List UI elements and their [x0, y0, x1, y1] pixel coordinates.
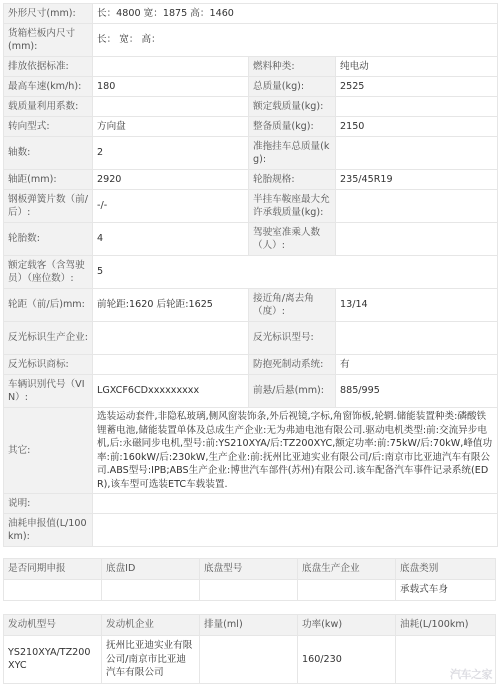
- chassis-header-row: 是否同期申报 底盘ID 底盘型号 底盘生产企业 底盘类别: [4, 559, 496, 580]
- engine-header-consumption: 油耗(L/100km): [396, 615, 496, 636]
- spec-label: 轮胎数:: [4, 223, 93, 256]
- spec-label: 总质量(kg):: [249, 77, 336, 97]
- spec-value: 长： 宽： 高：: [93, 24, 498, 57]
- spec-table: 外形尺寸(mm):长：4800 宽：1875 高：1460货箱栏板内尺寸(mm)…: [3, 3, 498, 547]
- spec-value: 2150: [336, 117, 498, 137]
- spec-row: 轮胎数:4驾驶室准乘人数（人）:: [4, 223, 498, 256]
- watermark-logo: 汽车之家: [450, 666, 492, 682]
- spec-label: 驾驶室准乘人数（人）:: [249, 223, 336, 256]
- spec-label: 半挂车鞍座最大允许承载质量(kg):: [249, 190, 336, 223]
- spec-label: 货箱栏板内尺寸(mm):: [4, 24, 93, 57]
- spec-label: 准拖挂车总质量(kg):: [249, 137, 336, 170]
- spec-value: 235/45R19: [336, 170, 498, 190]
- spec-value: [336, 322, 498, 355]
- spec-label: 额定载客（含驾驶员）（座位数）:: [4, 256, 93, 289]
- spec-label: 最高车速(km/h):: [4, 77, 93, 97]
- spec-row: 其它:选装运动套件,非隐私玻璃,侧风窗装饰条,外后视镜,字标,角窗饰板,轮辋.储…: [4, 408, 498, 494]
- spec-value: -/-: [93, 190, 249, 223]
- spec-row: 轴距(mm):2920轮胎规格:235/45R19: [4, 170, 498, 190]
- spec-row: 排放依据标准:燃料种类:纯电动: [4, 57, 498, 77]
- chassis-header-id: 底盘ID: [102, 559, 200, 580]
- chassis-cell-id: [102, 580, 200, 601]
- engine-cell-model: YS210XYA/TZ200XYC: [4, 636, 102, 684]
- spec-value: 885/995: [336, 375, 498, 408]
- spec-label: 其它:: [4, 408, 93, 494]
- spec-value: [336, 97, 498, 117]
- vehicle-spec-page: 外形尺寸(mm):长：4800 宽：1875 高：1460货箱栏板内尺寸(mm)…: [0, 0, 500, 688]
- spec-value: 2: [93, 137, 249, 170]
- chassis-cell-sync: [4, 580, 102, 601]
- spec-row: 载质量利用系数:额定载质量(kg):: [4, 97, 498, 117]
- spec-row: 车辆识别代号（VIN）:LGXCF6CDxxxxxxxxx前悬/后悬(mm):8…: [4, 375, 498, 408]
- spec-value: [93, 514, 498, 547]
- spec-row: 轴数:2准拖挂车总质量(kg):: [4, 137, 498, 170]
- engine-header-maker: 发动机企业: [102, 615, 200, 636]
- spec-value: LGXCF6CDxxxxxxxxx: [93, 375, 249, 408]
- engine-cell-power: 160/230: [298, 636, 396, 684]
- spec-label: 防抱死制动系统:: [249, 355, 336, 375]
- table-row: 承载式车身: [4, 580, 496, 601]
- chassis-header-model: 底盘型号: [200, 559, 298, 580]
- spec-label: 载质量利用系数:: [4, 97, 93, 117]
- spec-value: [93, 57, 249, 77]
- spec-label: 反光标识生产企业:: [4, 322, 93, 355]
- chassis-header-maker: 底盘生产企业: [298, 559, 396, 580]
- spec-label: 转向型式:: [4, 117, 93, 137]
- engine-header-power: 功率(kw): [298, 615, 396, 636]
- spec-label: 车辆识别代号（VIN）:: [4, 375, 93, 408]
- spec-label: 接近角/离去角（度）:: [249, 289, 336, 322]
- spec-value: [93, 494, 498, 514]
- chassis-cell-type: 承载式车身: [396, 580, 496, 601]
- spec-value: [93, 355, 249, 375]
- spec-label: 整备质量(kg):: [249, 117, 336, 137]
- spec-value: [336, 223, 498, 256]
- spec-value: [93, 322, 249, 355]
- engine-header-row: 发动机型号 发动机企业 排量(ml) 功率(kw) 油耗(L/100km): [4, 615, 496, 636]
- engine-header-model: 发动机型号: [4, 615, 102, 636]
- table-row: YS210XYA/TZ200XYC 抚州比亚迪实业有限公司/南京市比亚迪汽车有限…: [4, 636, 496, 684]
- spec-row: 转向型式:方向盘整备质量(kg):2150: [4, 117, 498, 137]
- spec-value: [336, 190, 498, 223]
- spec-value: 2525: [336, 77, 498, 97]
- spec-row: 外形尺寸(mm):长：4800 宽：1875 高：1460: [4, 4, 498, 24]
- spec-row: 货箱栏板内尺寸(mm):长： 宽： 高：: [4, 24, 498, 57]
- spec-row: 轮距（前/后)mm:前轮距:1620 后轮距:1625接近角/离去角（度）:13…: [4, 289, 498, 322]
- spec-value: 选装运动套件,非隐私玻璃,侧风窗装饰条,外后视镜,字标,角窗饰板,轮辋.储能装置…: [93, 408, 498, 494]
- spec-value: 方向盘: [93, 117, 249, 137]
- spec-label: 反光标识商标:: [4, 355, 93, 375]
- spec-value: 4: [93, 223, 249, 256]
- spec-label: 排放依据标准:: [4, 57, 93, 77]
- engine-header-displacement: 排量(ml): [200, 615, 298, 636]
- spec-label: 反光标识型号:: [249, 322, 336, 355]
- spec-row: 最高车速(km/h):180总质量(kg):2525: [4, 77, 498, 97]
- spec-row: 油耗申报值(L/100km):: [4, 514, 498, 547]
- spec-label: 外形尺寸(mm):: [4, 4, 93, 24]
- chassis-cell-model: [200, 580, 298, 601]
- spec-value: 长：4800 宽：1875 高：1460: [93, 4, 498, 24]
- spec-value: 纯电动: [336, 57, 498, 77]
- chassis-table: 是否同期申报 底盘ID 底盘型号 底盘生产企业 底盘类别 承载式车身: [3, 558, 496, 601]
- spec-value: 有: [336, 355, 498, 375]
- spec-value: [336, 137, 498, 170]
- spec-label: 轴数:: [4, 137, 93, 170]
- spec-value: 13/14: [336, 289, 498, 322]
- spec-row: 反光标识生产企业:反光标识型号:: [4, 322, 498, 355]
- spec-value: 前轮距:1620 后轮距:1625: [93, 289, 249, 322]
- engine-table: 发动机型号 发动机企业 排量(ml) 功率(kw) 油耗(L/100km) YS…: [3, 614, 496, 684]
- engine-cell-maker: 抚州比亚迪实业有限公司/南京市比亚迪汽车有限公司: [102, 636, 200, 684]
- spec-label: 说明:: [4, 494, 93, 514]
- chassis-cell-maker: [298, 580, 396, 601]
- spec-label: 燃料种类:: [249, 57, 336, 77]
- chassis-header-sync: 是否同期申报: [4, 559, 102, 580]
- spec-label: 前悬/后悬(mm):: [249, 375, 336, 408]
- chassis-header-type: 底盘类别: [396, 559, 496, 580]
- engine-cell-displacement: [200, 636, 298, 684]
- spec-label: 轮距（前/后)mm:: [4, 289, 93, 322]
- spec-value: [93, 97, 249, 117]
- spec-row: 额定载客（含驾驶员）（座位数）:5: [4, 256, 498, 289]
- spec-label: 轴距(mm):: [4, 170, 93, 190]
- spec-value: 5: [93, 256, 498, 289]
- spec-label: 钢板弹簧片数（前/后）:: [4, 190, 93, 223]
- spec-label: 油耗申报值(L/100km):: [4, 514, 93, 547]
- spec-row: 反光标识商标:防抱死制动系统:有: [4, 355, 498, 375]
- spec-row: 钢板弹簧片数（前/后）:-/-半挂车鞍座最大允许承载质量(kg):: [4, 190, 498, 223]
- spec-label: 轮胎规格:: [249, 170, 336, 190]
- spec-value: 180: [93, 77, 249, 97]
- spec-value: 2920: [93, 170, 249, 190]
- spec-row: 说明:: [4, 494, 498, 514]
- spec-label: 额定载质量(kg):: [249, 97, 336, 117]
